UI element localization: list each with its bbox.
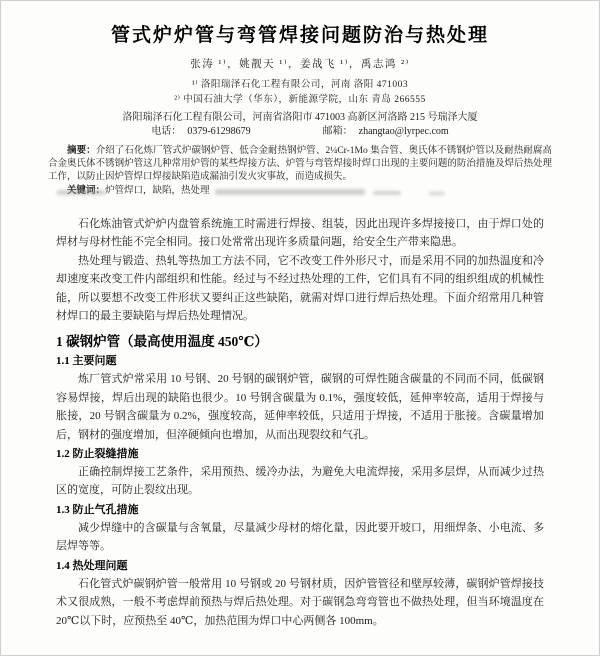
section-1-4-heading: 1.4 热处理问题 [56,558,544,575]
corresponding-address: 洛阳瑞泽石化工程有限公司，河南省洛阳市 471003 高新区河洛路 215 号瑞… [56,111,544,124]
keywords-text: 炉管焊口，缺陷，热处理 [105,186,210,196]
section-1-1-body: 炼厂管式炉常采用 10 号钢、20 号钢的碳钢炉管，碳钢的可焊性随含碳量的不同而… [56,370,544,444]
scan-smudge-artifact [215,189,365,195]
section-1-4-body: 石化管式炉碳钢炉管一般常用 10 号钢或 20 号钢材质，因炉管管径和壁厚较薄，… [56,575,544,630]
abstract-label: 摘要： [67,146,96,156]
phone-label: 电话： [151,126,181,137]
scanned-paper-page: 管式炉炉管与弯管焊接问题防治与热处理 张涛 ¹⁾，姚靓天 ¹⁾，姜战飞 ¹⁾，禹… [0,0,600,656]
affiliation-1: ¹⁾ 洛阳瑞泽石化工程有限公司，河南 洛阳 471003 [56,79,544,92]
abstract-paragraph: 摘要：介绍了石化炼厂管式炉碳钢炉管、低合金耐热钢炉管、2¼Cr-1Mo 集合管、… [48,145,552,184]
phone-entry: 电话：0379-61298679 [151,125,250,138]
affiliation-2: ²⁾ 中国石油大学（华东），新能源学院，山东 青岛 266555 [56,94,544,107]
abstract-block: 摘要：介绍了石化炼厂管式炉碳钢炉管、低合金耐热钢炉管、2¼Cr-1Mo 集合管、… [48,145,552,184]
section-1-3-body: 减少焊缝中的含碳量与含氧量，尽量减少母材的熔化量，因此要开坡口，用细焊条、小电流… [56,519,544,556]
email-entry: 邮箱：zhangtao@lyrpec.com [323,125,449,138]
author-list: 张涛 ¹⁾，姚靓天 ¹⁾，姜战飞 ¹⁾，禹志鸿 ²⁾ [56,58,544,72]
section-1-2-heading: 1.2 防止裂缝措施 [56,446,544,463]
contact-line: 电话：0379-61298679 邮箱：zhangtao@lyrpec.com [56,125,544,138]
section-1-1-heading: 1.1 主要问题 [56,353,544,370]
email-address: zhangtao@lyrpec.com [359,126,449,137]
section-1-3-heading: 1.3 防止气孔措施 [56,502,544,519]
scan-smudge-artifact [57,190,105,195]
scan-smudge-artifact [373,191,401,195]
intro-paragraph-2: 热处理与锻造、热轧等热加工方法不同，它不改变工件外形尺寸，而是采用不同的加热温度… [56,252,544,326]
intro-paragraph-1: 石化炼油管式炉炉内盘管系统施工时需进行焊接、组装，因此出现许多焊接接口，由于焊口… [56,215,544,252]
scan-smudge-artifact [429,192,445,195]
abstract-text: 介绍了石化炼厂管式炉碳钢炉管、低合金耐热钢炉管、2¼Cr-1Mo 集合管、奥氏体… [48,146,552,182]
paper-title: 管式炉炉管与弯管焊接问题防治与热处理 [56,23,544,49]
phone-number: 0379-61298679 [187,126,250,137]
email-label: 邮箱： [323,126,353,137]
section-1-2-body: 正确控制焊接工艺条件，采用预热、缓冷办法，为避免大电流焊接，采用多层焊，从而减少… [56,463,544,500]
section-1-heading: 1 碳钢炉管（最高使用温度 450℃） [56,332,544,351]
